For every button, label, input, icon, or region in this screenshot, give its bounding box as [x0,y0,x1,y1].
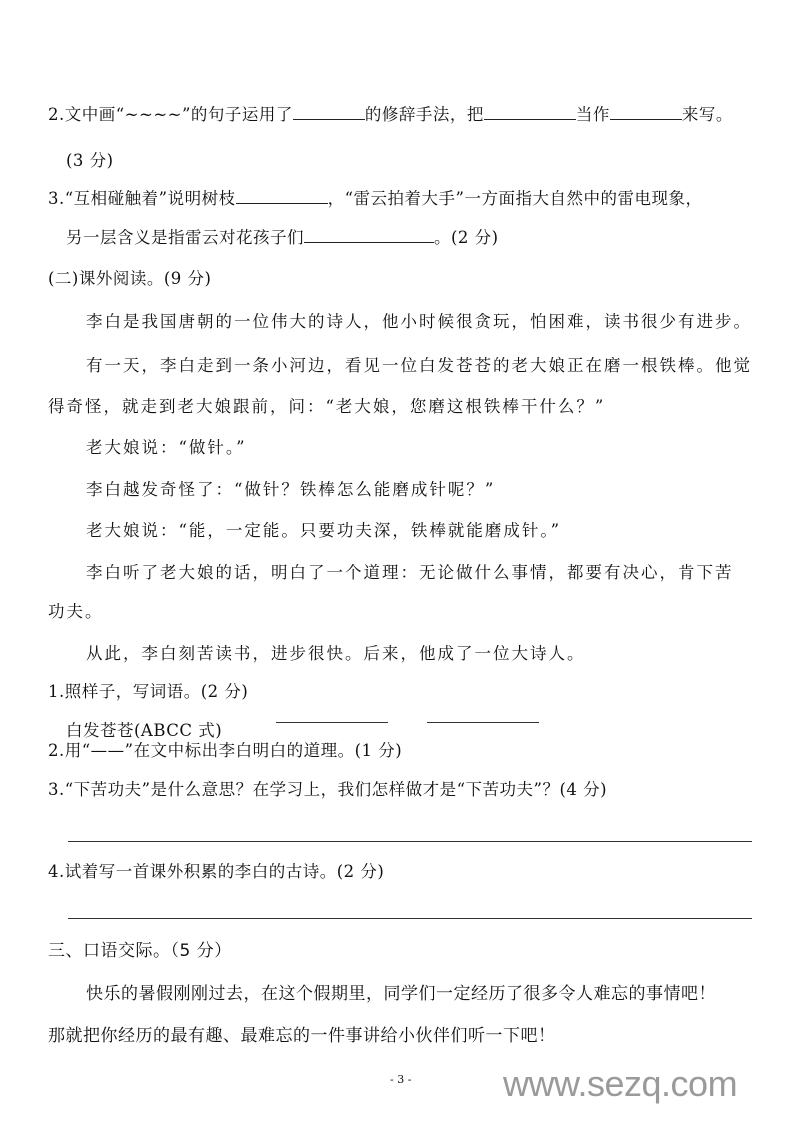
answer-line[interactable] [276,722,388,723]
question-2-text-b: 的修辞手法，把 [365,105,484,124]
passage-paragraph: 从此，李白刻苦读书，进步很快。后来，他成了一位大诗人。 [86,643,586,665]
question-2-score: (3 分) [66,150,114,172]
page-number: - 3 - [390,1073,411,1086]
passage-paragraph: 功夫。 [48,601,104,623]
answer-blank[interactable] [293,103,365,120]
reading-question-1-example: 白发苍苍(ABCC 式) [66,720,222,742]
answer-blank[interactable] [236,187,328,204]
section-3-text: 快乐的暑假刚刚过去，在这个假期里，同学们一定经历了很多令人难忘的事情吧！ [86,983,716,1005]
answer-line[interactable] [68,918,752,919]
reading-question-2: 2.用“——”在文中标出李白明白的道理。(1 分) [48,740,402,762]
passage-paragraph: 李白越发奇怪了：“做针？铁棒怎么能磨成针呢？” [86,479,495,501]
answer-blank[interactable] [304,226,434,243]
reading-question-4: 4.试着写一首课外积累的李白的古诗。(2 分) [48,861,384,883]
question-3: 3.“互相碰触着”说明树枝，“雷云拍着大手”一方面指大自然中的雷电现象， [48,187,703,210]
passage-paragraph: 李白是我国唐朝的一位伟大的诗人，他小时候很贪玩，怕困难，读书很少有进步。 [86,311,752,333]
passage-paragraph: 有一天，李白走到一条小河边，看见一位白发苍苍的老大娘正在磨一根铁棒。他觉 [86,355,752,377]
passage-paragraph: 得奇怪，就走到老大娘跟前，问：“老大娘，您磨这根铁棒干什么？” [48,396,605,418]
question-3-text-d: 。(2 分) [434,228,499,247]
question-2-text-c: 当作 [576,105,610,124]
section-3-text: 那就把你经历的最有趣、最难忘的一件事讲给小伙伴们听一下吧！ [48,1025,556,1047]
question-3-text-b: ，“雷云拍着大手”一方面指大自然中的雷电现象， [328,189,703,208]
question-3-continued: 另一层含义是指雷云对花孩子们。(2 分) [66,226,499,249]
question-2: 2.文中画“~~~~”的句子运用了的修辞手法，把当作来写。 [48,103,733,126]
question-2-text-a: 2.文中画“~~~~”的句子运用了 [48,105,293,124]
passage-paragraph: 老大娘说：“能，一定能。只要功夫深，铁棒就能磨成针。” [86,520,561,542]
answer-line[interactable] [68,841,752,842]
question-3-text-c: 另一层含义是指雷云对花孩子们 [66,228,304,247]
answer-line[interactable] [427,722,539,723]
section-2-title: (二)课外阅读。(9 分) [48,268,212,290]
watermark: www.sezq.com [503,1063,737,1105]
answer-blank[interactable] [484,103,576,120]
question-2-text-d: 来写。 [682,105,733,124]
answer-blank[interactable] [610,103,682,120]
reading-question-3: 3.“下苦功夫”是什么意思？在学习上，我们怎样做才是“下苦功夫”？(4 分) [48,779,607,801]
reading-question-1: 1.照样子，写词语。(2 分) [48,681,248,703]
passage-paragraph: 老大娘说：“做针。” [86,437,247,459]
section-3-title: 三、口语交际。（5 分） [48,940,232,962]
question-3-text-a: 3.“互相碰触着”说明树枝 [48,189,236,208]
passage-paragraph: 李白听了老大娘的话，明白了一个道理：无论做什么事情，都要有决心，肯下苦 [86,562,734,584]
